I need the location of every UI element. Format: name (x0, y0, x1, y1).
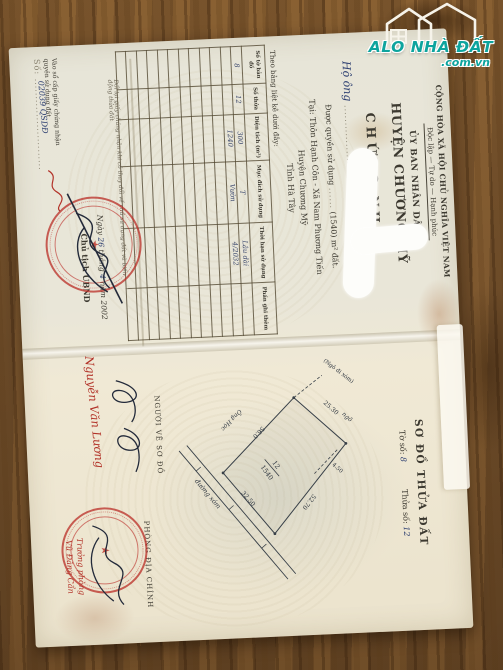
corner-note-label: (Ngõ đi xóm) (322, 357, 355, 385)
land-parcel-table: Số tờ bản đồ Số thửa Diện tích (m²) Mục … (115, 45, 278, 342)
certificate-page: CỘNG HÒA XÃ HỘI CHỦ NGHĨA VIỆT NAM Độc l… (9, 28, 460, 353)
parcel-number: 12 (402, 526, 411, 537)
redaction-blob (342, 148, 378, 299)
top-edge-length: 25.30 (322, 400, 340, 417)
parcel-diagram: (Ngõ đi xóm) ngõ 25.30 4.50 52.70 32.50 … (165, 350, 396, 610)
col-duration: Thời hạn sử dụng (249, 222, 275, 283)
sheet-number: 8 (399, 457, 408, 462)
col-notes: Phần ghi thêm (252, 282, 277, 335)
photo-scene: CỘNG HÒA XÃ HỘI CHỦ NGHĨA VIỆT NAM Độc l… (0, 0, 503, 670)
col-area: Diện tích (m²) (244, 113, 269, 161)
brand-name: ALO NHÀ ĐẤT (362, 38, 500, 56)
table-intro: Theo bảng liệt kê dưới đây: (268, 50, 280, 147)
dotted-leader: ...... (327, 188, 337, 210)
diagram-page: SƠ ĐỒ THỬA ĐẤT Tờ số: 8 Thửa số: 12 (22, 333, 473, 648)
alley-label: ngõ (340, 411, 353, 424)
col-purpose: Mục đích sử dụng (246, 160, 272, 223)
certificate-paper: CỘNG HÒA XÃ HỘI CHỦ NGHĨA VIỆT NAM Độc l… (9, 28, 474, 647)
col-sheet: Số tờ bản đồ (241, 45, 266, 84)
area-value: (1540) m² đất. (328, 211, 340, 268)
grantee-handwritten: Hộ ông (340, 61, 355, 102)
watermark-logo: ALO NHÀ ĐẤT .com.vn (362, 2, 500, 69)
alley-dashed-line (293, 375, 323, 397)
col-parcel: Số thửa (243, 83, 267, 114)
setback-length: 4.50 (331, 462, 344, 475)
neighbor-label: Ông Học (219, 408, 244, 433)
brand-domain: .com.vn (362, 56, 500, 69)
